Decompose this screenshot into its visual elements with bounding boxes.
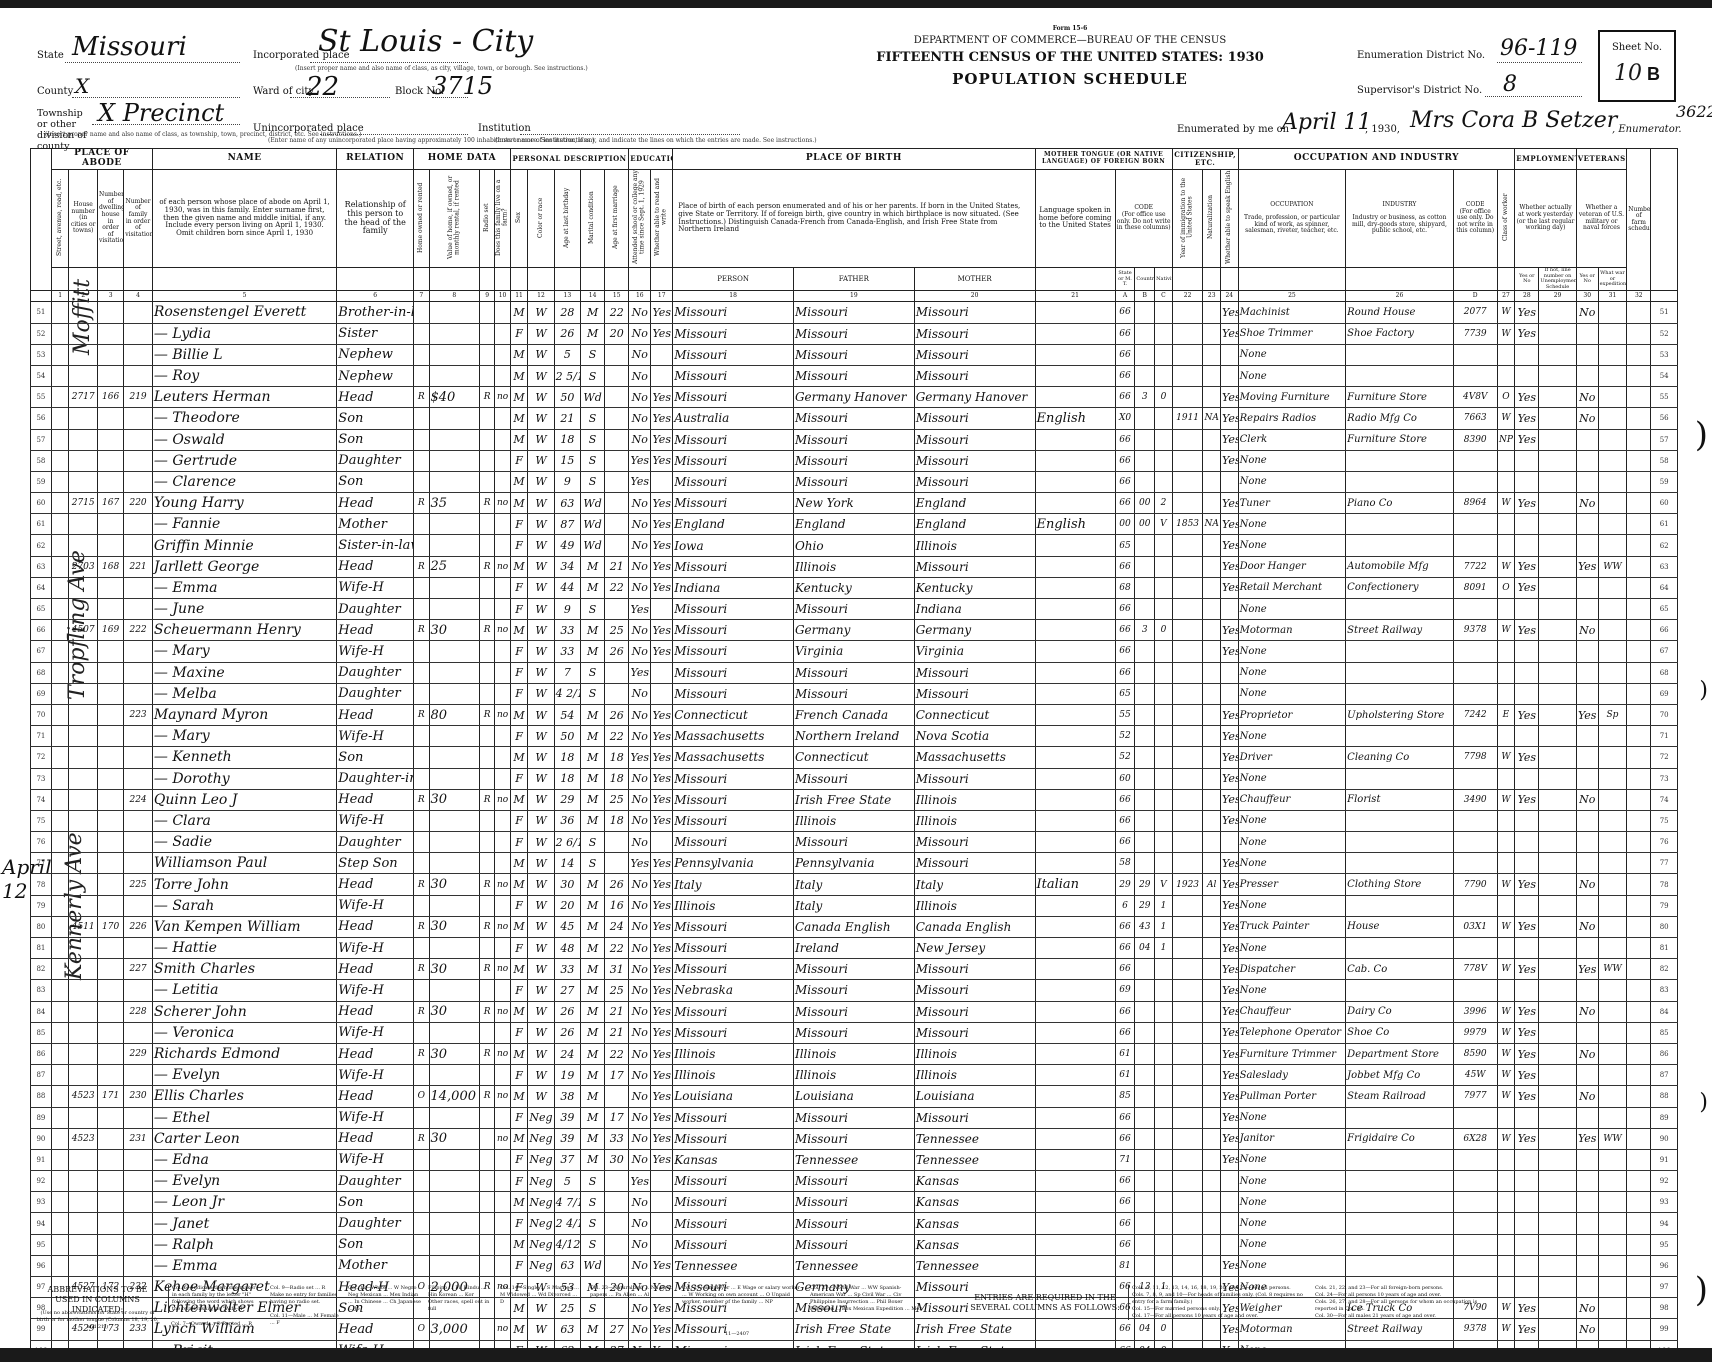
cell-relation: Son [337, 429, 414, 450]
cell-name: Quinn Leo J [152, 789, 336, 810]
cell-race: W [528, 980, 554, 1001]
cell-pob: Kansas [673, 1149, 794, 1170]
cell-school: No [629, 726, 651, 747]
cell-value [429, 1022, 479, 1043]
ed-value: 96-119 [1500, 36, 1577, 61]
census-row: 91— EdnaWife-HFNeg37M30NoYesKansasTennes… [31, 1149, 1678, 1170]
sheet-value: 10 [1614, 61, 1642, 86]
cell-value: $40 [429, 387, 479, 408]
cell-race: W [528, 599, 554, 620]
cell-pob: Illinois [673, 1065, 794, 1086]
cell-class [1497, 365, 1515, 386]
cell-value: 30 [429, 874, 479, 895]
cell-marital: S [581, 1192, 605, 1213]
cell-industry [1346, 1107, 1454, 1128]
cell-code [1453, 683, 1497, 704]
cell-pob-mother: Missouri [914, 344, 1035, 365]
cell-pob-mother: Illinois [914, 789, 1035, 810]
cell-codeA: X0 [1115, 408, 1135, 429]
cell-sex: M [510, 789, 528, 810]
cell-industry [1346, 895, 1454, 916]
cell-immig [1172, 323, 1203, 344]
cell-codeC [1155, 1001, 1173, 1022]
entries-c: Col. 15—For married persons only. [1132, 1306, 1303, 1313]
cell-race: Neg [528, 1234, 554, 1255]
cell-class [1497, 1171, 1515, 1192]
cell-value: 30 [429, 1001, 479, 1022]
cell-code: 3996 [1453, 1001, 1497, 1022]
col5-sub [152, 268, 336, 291]
cell-farm [495, 938, 510, 959]
col15-header: Age at first marriage [605, 169, 629, 268]
cell-war: WW [1598, 959, 1627, 980]
cell-codeB [1135, 768, 1155, 789]
cell-name: — Gertrude [152, 450, 336, 471]
col24-sub [1221, 268, 1239, 291]
cell-immig [1172, 1192, 1203, 1213]
cell-pob-mother: Missouri [914, 1107, 1035, 1128]
cell-class: O [1497, 387, 1515, 408]
cell-marital: M [581, 704, 605, 725]
cell-pob-mother: England [914, 493, 1035, 514]
cell-age-marr: 21 [605, 556, 629, 577]
cell-industry [1346, 832, 1454, 853]
census-row: 552717166219Leuters HermanHeadR$40RnoMW5… [31, 387, 1678, 408]
cell-dwelling [97, 810, 123, 831]
cell-unemp [1539, 535, 1576, 556]
cell-owned [414, 747, 429, 768]
cell-immig [1172, 471, 1203, 492]
cell-language [1035, 895, 1115, 916]
cell-english: Yes [1221, 747, 1239, 768]
cell-house: 2717 [69, 387, 98, 408]
cell-work: Yes [1515, 577, 1539, 598]
cell-english: Yes [1221, 514, 1239, 535]
cell-immig [1172, 980, 1203, 1001]
cell-radio: R [479, 704, 494, 725]
cell-house [69, 1213, 98, 1234]
cell-code [1453, 1171, 1497, 1192]
cell-codeB [1135, 1213, 1155, 1234]
cell-farm-no [1627, 471, 1651, 492]
cell-work [1515, 726, 1539, 747]
cell-code: 03X1 [1453, 916, 1497, 937]
cell-street [51, 535, 69, 556]
line-number: 76 [31, 832, 52, 853]
line-number: 96 [31, 1255, 52, 1276]
cell-dwelling [97, 514, 123, 535]
cell-codeB [1135, 1001, 1155, 1022]
cell-race: Neg [528, 1192, 554, 1213]
cell-vet [1576, 1213, 1598, 1234]
cell-vet [1576, 429, 1598, 450]
cell-read: Yes [651, 493, 673, 514]
cell-street [51, 450, 69, 471]
cell-farm [495, 344, 510, 365]
entries-d: Col. 17—For all persons 10 years of age … [1132, 1313, 1303, 1320]
cell-code [1453, 1255, 1497, 1276]
cell-family: 229 [124, 1043, 153, 1064]
line-number-right: 53 [1651, 344, 1678, 365]
cell-dwelling [97, 1065, 123, 1086]
line-number-right: 64 [1651, 577, 1678, 598]
cell-age: 45 [554, 916, 580, 937]
col9-header: Radio set [479, 169, 494, 268]
cell-family [124, 599, 153, 620]
cell-street [51, 641, 69, 662]
cell-radio [479, 1065, 494, 1086]
cell-relation: Wife-H [337, 1065, 414, 1086]
cell-war [1598, 599, 1627, 620]
col23-label: Naturalization [1208, 170, 1215, 265]
census-title: FIFTEENTH CENSUS OF THE UNITED STATES: 1… [820, 50, 1320, 65]
cell-codeC [1155, 1255, 1173, 1276]
cell-vet [1576, 577, 1598, 598]
cell-relation: Sister-in-law [337, 535, 414, 556]
cell-marital: S [581, 1234, 605, 1255]
cell-class [1497, 768, 1515, 789]
cell-pob-father: Missouri [793, 1171, 914, 1192]
cell-immig [1172, 704, 1203, 725]
cell-race: W [528, 853, 554, 874]
cell-marital: M [581, 916, 605, 937]
cell-codeC [1155, 323, 1173, 344]
cell-farm-no [1627, 726, 1651, 747]
col27-sub [1497, 268, 1515, 291]
cell-immig [1172, 1022, 1203, 1043]
cell-race: W [528, 959, 554, 980]
line-number: 88 [31, 1086, 52, 1107]
cell-unemp [1539, 747, 1576, 768]
cell-dwelling [97, 662, 123, 683]
ward-line [290, 97, 390, 98]
cell-codeB [1135, 1192, 1155, 1213]
cell-vet [1576, 535, 1598, 556]
cell-codeA: 55 [1115, 704, 1135, 725]
cell-read: Yes [651, 704, 673, 725]
cell-natur [1203, 1086, 1221, 1107]
cell-class: W [1497, 1022, 1515, 1043]
enumerated-date: April 11 [1282, 110, 1372, 135]
cell-work: Yes [1515, 408, 1539, 429]
cell-race: W [528, 874, 554, 895]
column-number: 30 [1576, 291, 1598, 302]
cell-family [124, 1171, 153, 1192]
cell-family [124, 1213, 153, 1234]
cell-language [1035, 641, 1115, 662]
cell-pob-father: Missouri [793, 1107, 914, 1128]
cell-class: W [1497, 408, 1515, 429]
cell-farm: no [495, 789, 510, 810]
cell-read: Yes [651, 323, 673, 344]
cell-pob-father: Tennessee [793, 1255, 914, 1276]
sheet-side: B [1647, 64, 1660, 84]
cell-english: Yes [1221, 980, 1239, 1001]
cell-value [429, 980, 479, 1001]
cell-owned [414, 1192, 429, 1213]
group-employment: EMPLOYMENT [1515, 149, 1576, 170]
cell-codeC: 1 [1155, 938, 1173, 959]
cell-natur [1203, 832, 1221, 853]
cell-codeB [1135, 450, 1155, 471]
cell-industry: Shoe Co [1346, 1022, 1454, 1043]
cell-language [1035, 853, 1115, 874]
cell-radio [479, 1171, 494, 1192]
cell-family: 223 [124, 704, 153, 725]
cell-language: Italian [1035, 874, 1115, 895]
cell-work: Yes [1515, 429, 1539, 450]
cell-english [1221, 1213, 1239, 1234]
cell-war [1598, 874, 1627, 895]
cell-house: 2703 [69, 556, 98, 577]
cell-natur [1203, 387, 1221, 408]
cell-marital: S [581, 662, 605, 683]
cell-race: W [528, 365, 554, 386]
cell-value: 25 [429, 556, 479, 577]
cell-read: Yes [651, 853, 673, 874]
cell-vet: No [1576, 1086, 1598, 1107]
cell-language [1035, 365, 1115, 386]
cell-occupation: Chauffeur [1238, 1001, 1346, 1022]
cell-name: Griffin Minnie [152, 535, 336, 556]
cell-value [429, 1234, 479, 1255]
col17-header: Whether able to read and write [651, 169, 673, 268]
line-number-right: 78 [1651, 874, 1678, 895]
cell-owned [414, 1234, 429, 1255]
cell-house [69, 450, 98, 471]
institution-hint: (Insert name of institution, if any, and… [495, 137, 817, 144]
cell-dwelling [97, 408, 123, 429]
cell-radio [479, 408, 494, 429]
cell-house: 4523 [69, 1086, 98, 1107]
state-label: State [37, 50, 64, 61]
cell-pob-mother: Missouri [914, 832, 1035, 853]
cell-pob: Missouri [673, 641, 794, 662]
cell-marital: S [581, 599, 605, 620]
cell-vet [1576, 980, 1598, 1001]
cell-war [1598, 895, 1627, 916]
cell-age: 20 [554, 895, 580, 916]
cell-owned [414, 938, 429, 959]
entries-b: Cols. 7, 8, 9, and 10—For heads of famil… [1132, 1292, 1303, 1306]
scan-bottom-edge [0, 1348, 1712, 1362]
cell-pob: Missouri [673, 662, 794, 683]
cell-sex: M [510, 959, 528, 980]
cell-farm [495, 853, 510, 874]
cell-dwelling [97, 853, 123, 874]
cell-immig [1172, 1107, 1203, 1128]
code-hint: (For office use only. Do not write in th… [1117, 211, 1171, 231]
cell-english: Yes [1221, 1107, 1239, 1128]
cell-codeA: 66 [1115, 620, 1135, 641]
cell-owned [414, 323, 429, 344]
cell-war [1598, 662, 1627, 683]
cell-class: W [1497, 1086, 1515, 1107]
line-number: 61 [31, 514, 52, 535]
cell-age: 5 [554, 1171, 580, 1192]
census-row: 65— JuneDaughterFW9SYesMissouriMissouriI… [31, 599, 1678, 620]
cell-family [124, 344, 153, 365]
line-number: 74 [31, 789, 52, 810]
cell-street [51, 895, 69, 916]
cell-industry [1346, 1234, 1454, 1255]
cell-language [1035, 938, 1115, 959]
cell-unemp [1539, 832, 1576, 853]
form-number: Form 15-6 [820, 25, 1320, 32]
cell-codeC [1155, 344, 1173, 365]
cell-natur [1203, 471, 1221, 492]
cell-occupation: None [1238, 450, 1346, 471]
cell-codeA: 66 [1115, 323, 1135, 344]
cell-pob-father: Missouri [793, 471, 914, 492]
margin-note-april: April 12 [2, 855, 30, 903]
group-place-of-birth: PLACE OF BIRTH [673, 149, 1035, 170]
cell-pob-father: Missouri [793, 1213, 914, 1234]
cell-industry [1346, 450, 1454, 471]
cell-codeB [1135, 810, 1155, 831]
cell-pob-father: Missouri [793, 450, 914, 471]
supervisor-label: Supervisor's District No. [1357, 85, 1482, 96]
cell-language: English [1035, 408, 1115, 429]
cell-age-marr: 25 [605, 980, 629, 1001]
cell-immig [1172, 853, 1203, 874]
cell-owned [414, 895, 429, 916]
cell-farm-no [1627, 577, 1651, 598]
cell-relation: Head [337, 789, 414, 810]
cell-age: 18 [554, 429, 580, 450]
cell-age: 63 [554, 493, 580, 514]
right-bracket-97: ) [1695, 1270, 1708, 1310]
cell-relation: Head [337, 620, 414, 641]
cell-codeA: 66 [1115, 302, 1135, 323]
cell-age: 39 [554, 1107, 580, 1128]
cell-marital: M [581, 1149, 605, 1170]
cell-language [1035, 1234, 1115, 1255]
cell-vet: Yes [1576, 959, 1598, 980]
cell-war [1598, 768, 1627, 789]
cell-read: Yes [651, 1065, 673, 1086]
cell-code: 2077 [1453, 302, 1497, 323]
cell-farm [495, 599, 510, 620]
cell-farm-no [1627, 1001, 1651, 1022]
cell-name: Leuters Herman [152, 387, 336, 408]
cell-pob: Missouri [673, 1107, 794, 1128]
cell-value [429, 408, 479, 429]
cell-relation: Mother [337, 514, 414, 535]
ward-label: Ward of city [253, 86, 314, 97]
cell-marital: M [581, 1022, 605, 1043]
cell-race: W [528, 620, 554, 641]
col13-header: Age at last birthday [554, 169, 580, 268]
col28-header: Yes or No [1515, 268, 1539, 291]
cell-codeB: 00 [1135, 514, 1155, 535]
cell-language [1035, 1149, 1115, 1170]
cell-name: — Billie L [152, 344, 336, 365]
cell-name: — Sadie [152, 832, 336, 853]
cell-unemp [1539, 450, 1576, 471]
column-number: C [1155, 291, 1173, 302]
col5-header: of each person whose place of abode on A… [152, 169, 336, 268]
cell-farm-no [1627, 1043, 1651, 1064]
cell-family [124, 810, 153, 831]
col7-sub [414, 268, 429, 291]
cell-name: — Sarah [152, 895, 336, 916]
col30-header: Yes or No [1576, 268, 1598, 291]
cell-school: No [629, 641, 651, 662]
cell-dwelling [97, 1149, 123, 1170]
cell-vet [1576, 471, 1598, 492]
cell-pob-father: Missouri [793, 959, 914, 980]
col31-header: What war or expedition? [1598, 268, 1627, 291]
cell-immig [1172, 1234, 1203, 1255]
cell-school: No [629, 365, 651, 386]
col1-header: Street, avenue, road, etc. [51, 169, 69, 268]
cell-dwelling [97, 895, 123, 916]
cell-relation: Daughter [337, 1171, 414, 1192]
cell-code [1453, 726, 1497, 747]
cell-vet: No [1576, 1001, 1598, 1022]
cell-farm-no [1627, 599, 1651, 620]
cell-english: Yes [1221, 1043, 1239, 1064]
col14-sub [581, 268, 605, 291]
cell-class [1497, 938, 1515, 959]
col22-label: Year of immigration to the United States [1181, 170, 1194, 265]
line-number: 89 [31, 1107, 52, 1128]
cell-owned: R [414, 959, 429, 980]
cell-natur [1203, 789, 1221, 810]
cell-value [429, 832, 479, 853]
cell-house [69, 1001, 98, 1022]
cell-codeA: 65 [1115, 683, 1135, 704]
cell-age-marr [605, 1255, 629, 1276]
cell-sex: M [510, 365, 528, 386]
cell-age: 9 [554, 471, 580, 492]
veterans-desc-text: Whether a veteran of U.S. military or na… [1579, 204, 1624, 231]
cell-codeC [1155, 577, 1173, 598]
cell-radio [479, 450, 494, 471]
cell-age-marr: 16 [605, 895, 629, 916]
cell-sex: M [510, 429, 528, 450]
cell-unemp [1539, 1043, 1576, 1064]
cell-code [1453, 810, 1497, 831]
cell-relation: Head [337, 387, 414, 408]
cell-codeB [1135, 704, 1155, 725]
cell-radio: R [479, 387, 494, 408]
cell-english [1221, 683, 1239, 704]
cell-class: W [1497, 556, 1515, 577]
cell-unemp [1539, 1213, 1576, 1234]
line-number-right: 55 [1651, 387, 1678, 408]
census-row: 56— TheodoreSonMW21SNoYesAustraliaMissou… [31, 408, 1678, 429]
cell-language [1035, 662, 1115, 683]
cell-age-marr: 25 [605, 620, 629, 641]
cell-language [1035, 1128, 1115, 1149]
census-row: 92— EvelynDaughterFNeg5SYesMissouriMisso… [31, 1171, 1678, 1192]
cell-dwelling [97, 1043, 123, 1064]
column-number: 15 [605, 291, 629, 302]
cell-war [1598, 1255, 1627, 1276]
cell-pob-father: Missouri [793, 1192, 914, 1213]
cell-pob: Missouri [673, 365, 794, 386]
cell-relation: Wife-H [337, 726, 414, 747]
cell-age: 54 [554, 704, 580, 725]
cell-immig [1172, 810, 1203, 831]
cell-natur [1203, 1107, 1221, 1128]
cell-occupation: Dispatcher [1238, 959, 1346, 980]
cell-codeA: 66 [1115, 1234, 1135, 1255]
cell-farm-no [1627, 683, 1651, 704]
group-personal-description: PERSONAL DESCRIPTION [510, 149, 629, 170]
